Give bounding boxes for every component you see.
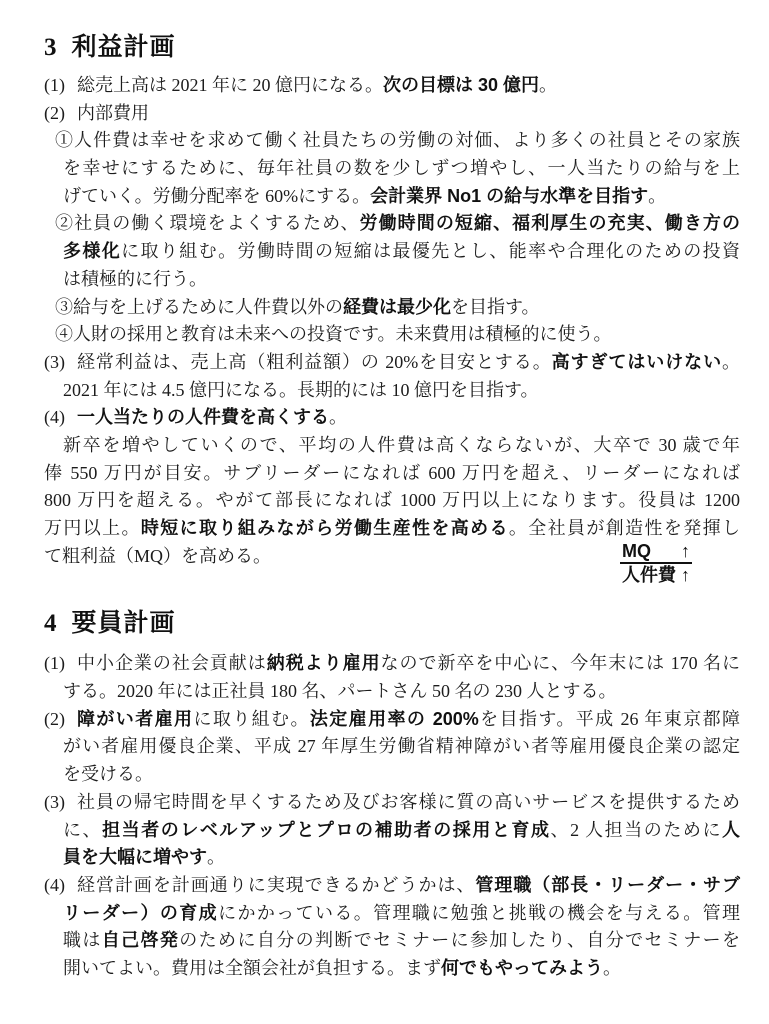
para-line: 万円以上。時短に取り組みながら労働生産性を高める。全社員が創造性を発揮し bbox=[44, 515, 740, 543]
body-text: 2021 年には 4.5 億円になる。長期的には 10 億円を目指す。 bbox=[63, 380, 539, 400]
section: 4要員計画 (1)中小企業の社会貢献は納税より雇用なので新卒を中心に、今年末には… bbox=[44, 609, 740, 982]
item-line: リーダー）の育成にかかっている。管理職に勉強と挑戦の機会を与える。管理 bbox=[63, 900, 740, 928]
body-text: 、2 人担当のために bbox=[551, 820, 722, 840]
body-text: ③給与を上げるために人件費以外の bbox=[55, 297, 343, 317]
fraction-numerator: MQ ↑ bbox=[620, 541, 692, 564]
mq-fraction: MQ ↑ 人件費 ↑ bbox=[620, 541, 692, 586]
section: 3利益計画 (1)総売上高は 2021 年に 20 億円になる。次の目標は 30… bbox=[44, 33, 740, 570]
fraction-numerator-label: MQ bbox=[622, 541, 651, 561]
item-line: 員を大幅に増やす。 bbox=[63, 844, 740, 872]
item-line: がい者雇用優良企業、平成 27 年厚生労働省精神障がい者等雇用優良企業の認定 bbox=[63, 733, 740, 761]
section-body: (1)総売上高は 2021 年に 20 億円になる。次の目標は 30 億円。(2… bbox=[44, 72, 740, 570]
emphasis-text: リーダー）の育成 bbox=[63, 903, 218, 923]
list-marker: (1) bbox=[44, 72, 65, 100]
item-line: する。2020 年には正社員 180 名、パートさん 50 名の 230 人とす… bbox=[63, 678, 740, 706]
emphasis-text: 法定雇用率の 200% bbox=[310, 709, 479, 729]
body-text: を目指す。 bbox=[451, 297, 540, 317]
fraction-denominator: 人件費 ↑ bbox=[620, 564, 692, 586]
sub-line: 多様化に取り組む。労働時間の短縮は最優先とし、能率や合理化のための投資 bbox=[63, 238, 740, 266]
item-line: (2)内部費用 bbox=[77, 100, 740, 128]
body-text: がい者雇用優良企業、平成 27 年厚生労働省精神障がい者等雇用優良企業の認定 bbox=[63, 736, 740, 756]
emphasis-text: 会計業界 No1 の給与水準を目指す bbox=[370, 186, 648, 206]
body-text: 。 bbox=[603, 958, 621, 978]
body-text: 。 bbox=[539, 75, 557, 95]
fraction-denominator-label: 人件費 bbox=[622, 565, 676, 586]
body-text: に取り組む。 bbox=[193, 709, 309, 729]
body-text: 800 万円を超える。やがて部長になれば 1000 万円以上になります。役員は … bbox=[44, 490, 740, 510]
section-title-text: 利益計画 bbox=[72, 34, 176, 61]
emphasis-text: 時短に取り組みながら労働生産性を高める bbox=[141, 518, 509, 538]
section-body: (1)中小企業の社会貢献は納税より雇用なので新卒を中心に、今年末には 170 名… bbox=[44, 650, 740, 982]
emphasis-text: 一人当たりの人件費を高くする bbox=[77, 407, 329, 427]
item-line: (3)経常利益は、売上高（粗利益額）の 20%を目安とする。高すぎてはいけない。 bbox=[77, 349, 740, 377]
item-line: (3)社員の帰宅時間を早くするため及びお客様に質の高いサービスを提供するため bbox=[77, 789, 740, 817]
para-line: 俸 550 万円が目安。サブリーダーになれば 600 万円を超え、リーダーになれ… bbox=[44, 460, 740, 488]
sub-line: は積極的に行う。 bbox=[63, 266, 740, 294]
list-marker: (3) bbox=[44, 789, 65, 817]
emphasis-text: 何でもやってみよう bbox=[441, 958, 603, 978]
sub-line: ④人財の採用と教育は未来への投資です。未来費用は積極的に使う。 bbox=[55, 321, 740, 349]
item-line: (2)障がい者雇用に取り組む。法定雇用率の 200%を目指す。平成 26 年東京… bbox=[77, 706, 740, 734]
body-text: 俸 550 万円が目安。サブリーダーになれば 600 万円を超え、リーダーになれ… bbox=[44, 463, 740, 483]
body-text: 万円以上。 bbox=[44, 518, 141, 538]
body-text: 経常利益は、売上高（粗利益額）の 20%を目安とする。 bbox=[77, 352, 552, 372]
document-page: 3利益計画 (1)総売上高は 2021 年に 20 億円になる。次の目標は 30… bbox=[0, 0, 769, 1024]
body-text: 。 bbox=[207, 847, 225, 867]
body-text: 総売上高は 2021 年に 20 億円になる。 bbox=[77, 75, 383, 95]
body-text: 経営計画を計画通りに実現できるかどうかは、 bbox=[77, 875, 475, 895]
body-text: 。 bbox=[648, 186, 666, 206]
body-text: に、 bbox=[63, 820, 102, 840]
item-line: (4)一人当たりの人件費を高くする。 bbox=[77, 404, 740, 432]
emphasis-text: 員を大幅に増やす bbox=[63, 847, 207, 867]
body-text: のために自分の判断でセミナーに参加したり、自分でセミナーを bbox=[179, 930, 740, 950]
section-title-text: 要員計画 bbox=[72, 610, 176, 637]
section-title: 4要員計画 bbox=[44, 609, 740, 639]
para-line: 800 万円を超える。やがて部長になれば 1000 万円以上になります。役員は … bbox=[44, 487, 740, 515]
body-text: て粗利益（MQ）を高める。 bbox=[44, 546, 271, 566]
body-text: 。 bbox=[329, 407, 347, 427]
emphasis-text: 納税より雇用 bbox=[267, 653, 381, 673]
body-text: ②社員の働く環境をよくするため、 bbox=[55, 213, 360, 233]
emphasis-text: 人 bbox=[722, 820, 740, 840]
body-text: ④人財の採用と教育は未来への投資です。未来費用は積極的に使う。 bbox=[55, 324, 612, 344]
up-arrow-icon: ↑ bbox=[681, 565, 690, 586]
item-line: (4)経営計画を計画通りに実現できるかどうかは、管理職（部長・リーダー・サブ bbox=[77, 872, 740, 900]
emphasis-text: 障がい者雇用 bbox=[77, 709, 193, 729]
emphasis-text: 管理職（部長・リーダー・サブ bbox=[475, 875, 740, 895]
section-title: 3利益計画 bbox=[44, 33, 740, 63]
emphasis-text: 次の目標は 30 億円 bbox=[383, 75, 539, 95]
emphasis-text: 経費は最少化 bbox=[343, 297, 451, 317]
section-number: 4 bbox=[44, 610, 58, 637]
body-text: げていく。労働分配率を 60%にする。 bbox=[63, 186, 370, 206]
body-text: 。全社員が創造性を発揮し bbox=[509, 518, 740, 538]
sub-line: ①人件費は幸せを求めて働く社員たちの労働の対価、より多くの社員とその家族 bbox=[55, 127, 740, 155]
item-line: 2021 年には 4.5 億円になる。長期的には 10 億円を目指す。 bbox=[63, 377, 740, 405]
body-text: を幸せにするために、毎年社員の数を少しずつ増やし、一人当たりの給与を上 bbox=[63, 158, 740, 178]
list-marker: (2) bbox=[44, 706, 65, 734]
sub-line: げていく。労働分配率を 60%にする。会計業界 No1 の給与水準を目指す。 bbox=[63, 183, 740, 211]
body-text: 新卒を増やしていくので、平均の人件費は高くならないが、大卒で 30 歳で年 bbox=[63, 435, 740, 455]
list-marker: (1) bbox=[44, 650, 65, 678]
item-line: 開いてよい。費用は全額会社が負担する。まず何でもやってみよう。 bbox=[63, 955, 740, 983]
item-line: に、担当者のレベルアップとプロの補助者の採用と育成、2 人担当のために人 bbox=[63, 817, 740, 845]
body-text: ①人件費は幸せを求めて働く社員たちの労働の対価、より多くの社員とその家族 bbox=[55, 130, 740, 150]
emphasis-text: 自己啓発 bbox=[102, 930, 180, 950]
body-text: は積極的に行う。 bbox=[63, 269, 207, 289]
item-line: を受ける。 bbox=[63, 761, 740, 789]
list-marker: (2) bbox=[44, 100, 65, 128]
emphasis-text: 高すぎてはいけない bbox=[552, 352, 722, 372]
item-line: (1)中小企業の社会貢献は納税より雇用なので新卒を中心に、今年末には 170 名… bbox=[77, 650, 740, 678]
body-text: 社員の帰宅時間を早くするため及びお客様に質の高いサービスを提供するため bbox=[77, 792, 740, 812]
para-line: 新卒を増やしていくので、平均の人件費は高くならないが、大卒で 30 歳で年 bbox=[63, 432, 740, 460]
list-marker: (3) bbox=[44, 349, 65, 377]
section-number: 3 bbox=[44, 34, 58, 61]
body-text: する。2020 年には正社員 180 名、パートさん 50 名の 230 人とす… bbox=[63, 681, 617, 701]
item-line: 職は自己啓発のために自分の判断でセミナーに参加したり、自分でセミナーを bbox=[63, 927, 740, 955]
emphasis-text: 担当者のレベルアップとプロの補助者の採用と育成 bbox=[102, 820, 550, 840]
body-text: に取り組む。労働時間の短縮は最優先とし、能率や合理化のための投資 bbox=[121, 241, 740, 261]
item-line: (1)総売上高は 2021 年に 20 億円になる。次の目標は 30 億円。 bbox=[77, 72, 740, 100]
body-text: 。 bbox=[722, 352, 740, 372]
list-marker: (4) bbox=[44, 872, 65, 900]
body-text: なので新卒を中心に、今年末には 170 名に bbox=[381, 653, 740, 673]
emphasis-text: 労働時間の短縮、福利厚生の充実、働き方の bbox=[360, 213, 740, 233]
body-text: 中小企業の社会貢献は bbox=[77, 653, 267, 673]
list-marker: (4) bbox=[44, 404, 65, 432]
body-text: 開いてよい。費用は全額会社が負担する。まず bbox=[63, 958, 441, 978]
body-text: を目指す。平成 26 年東京都障 bbox=[479, 709, 740, 729]
body-text: を受ける。 bbox=[63, 764, 153, 784]
sub-line: ②社員の働く環境をよくするため、労働時間の短縮、福利厚生の充実、働き方の bbox=[55, 210, 740, 238]
up-arrow-icon: ↑ bbox=[681, 541, 690, 561]
body-text: 内部費用 bbox=[77, 103, 149, 123]
emphasis-text: 多様化 bbox=[63, 241, 121, 261]
body-text: にかかっている。管理職に勉強と挑戦の機会を与える。管理 bbox=[218, 903, 740, 923]
sub-line: を幸せにするために、毎年社員の数を少しずつ増やし、一人当たりの給与を上 bbox=[63, 155, 740, 183]
sub-line: ③給与を上げるために人件費以外の経費は最少化を目指す。 bbox=[55, 294, 740, 322]
body-text: 職は bbox=[63, 930, 102, 950]
